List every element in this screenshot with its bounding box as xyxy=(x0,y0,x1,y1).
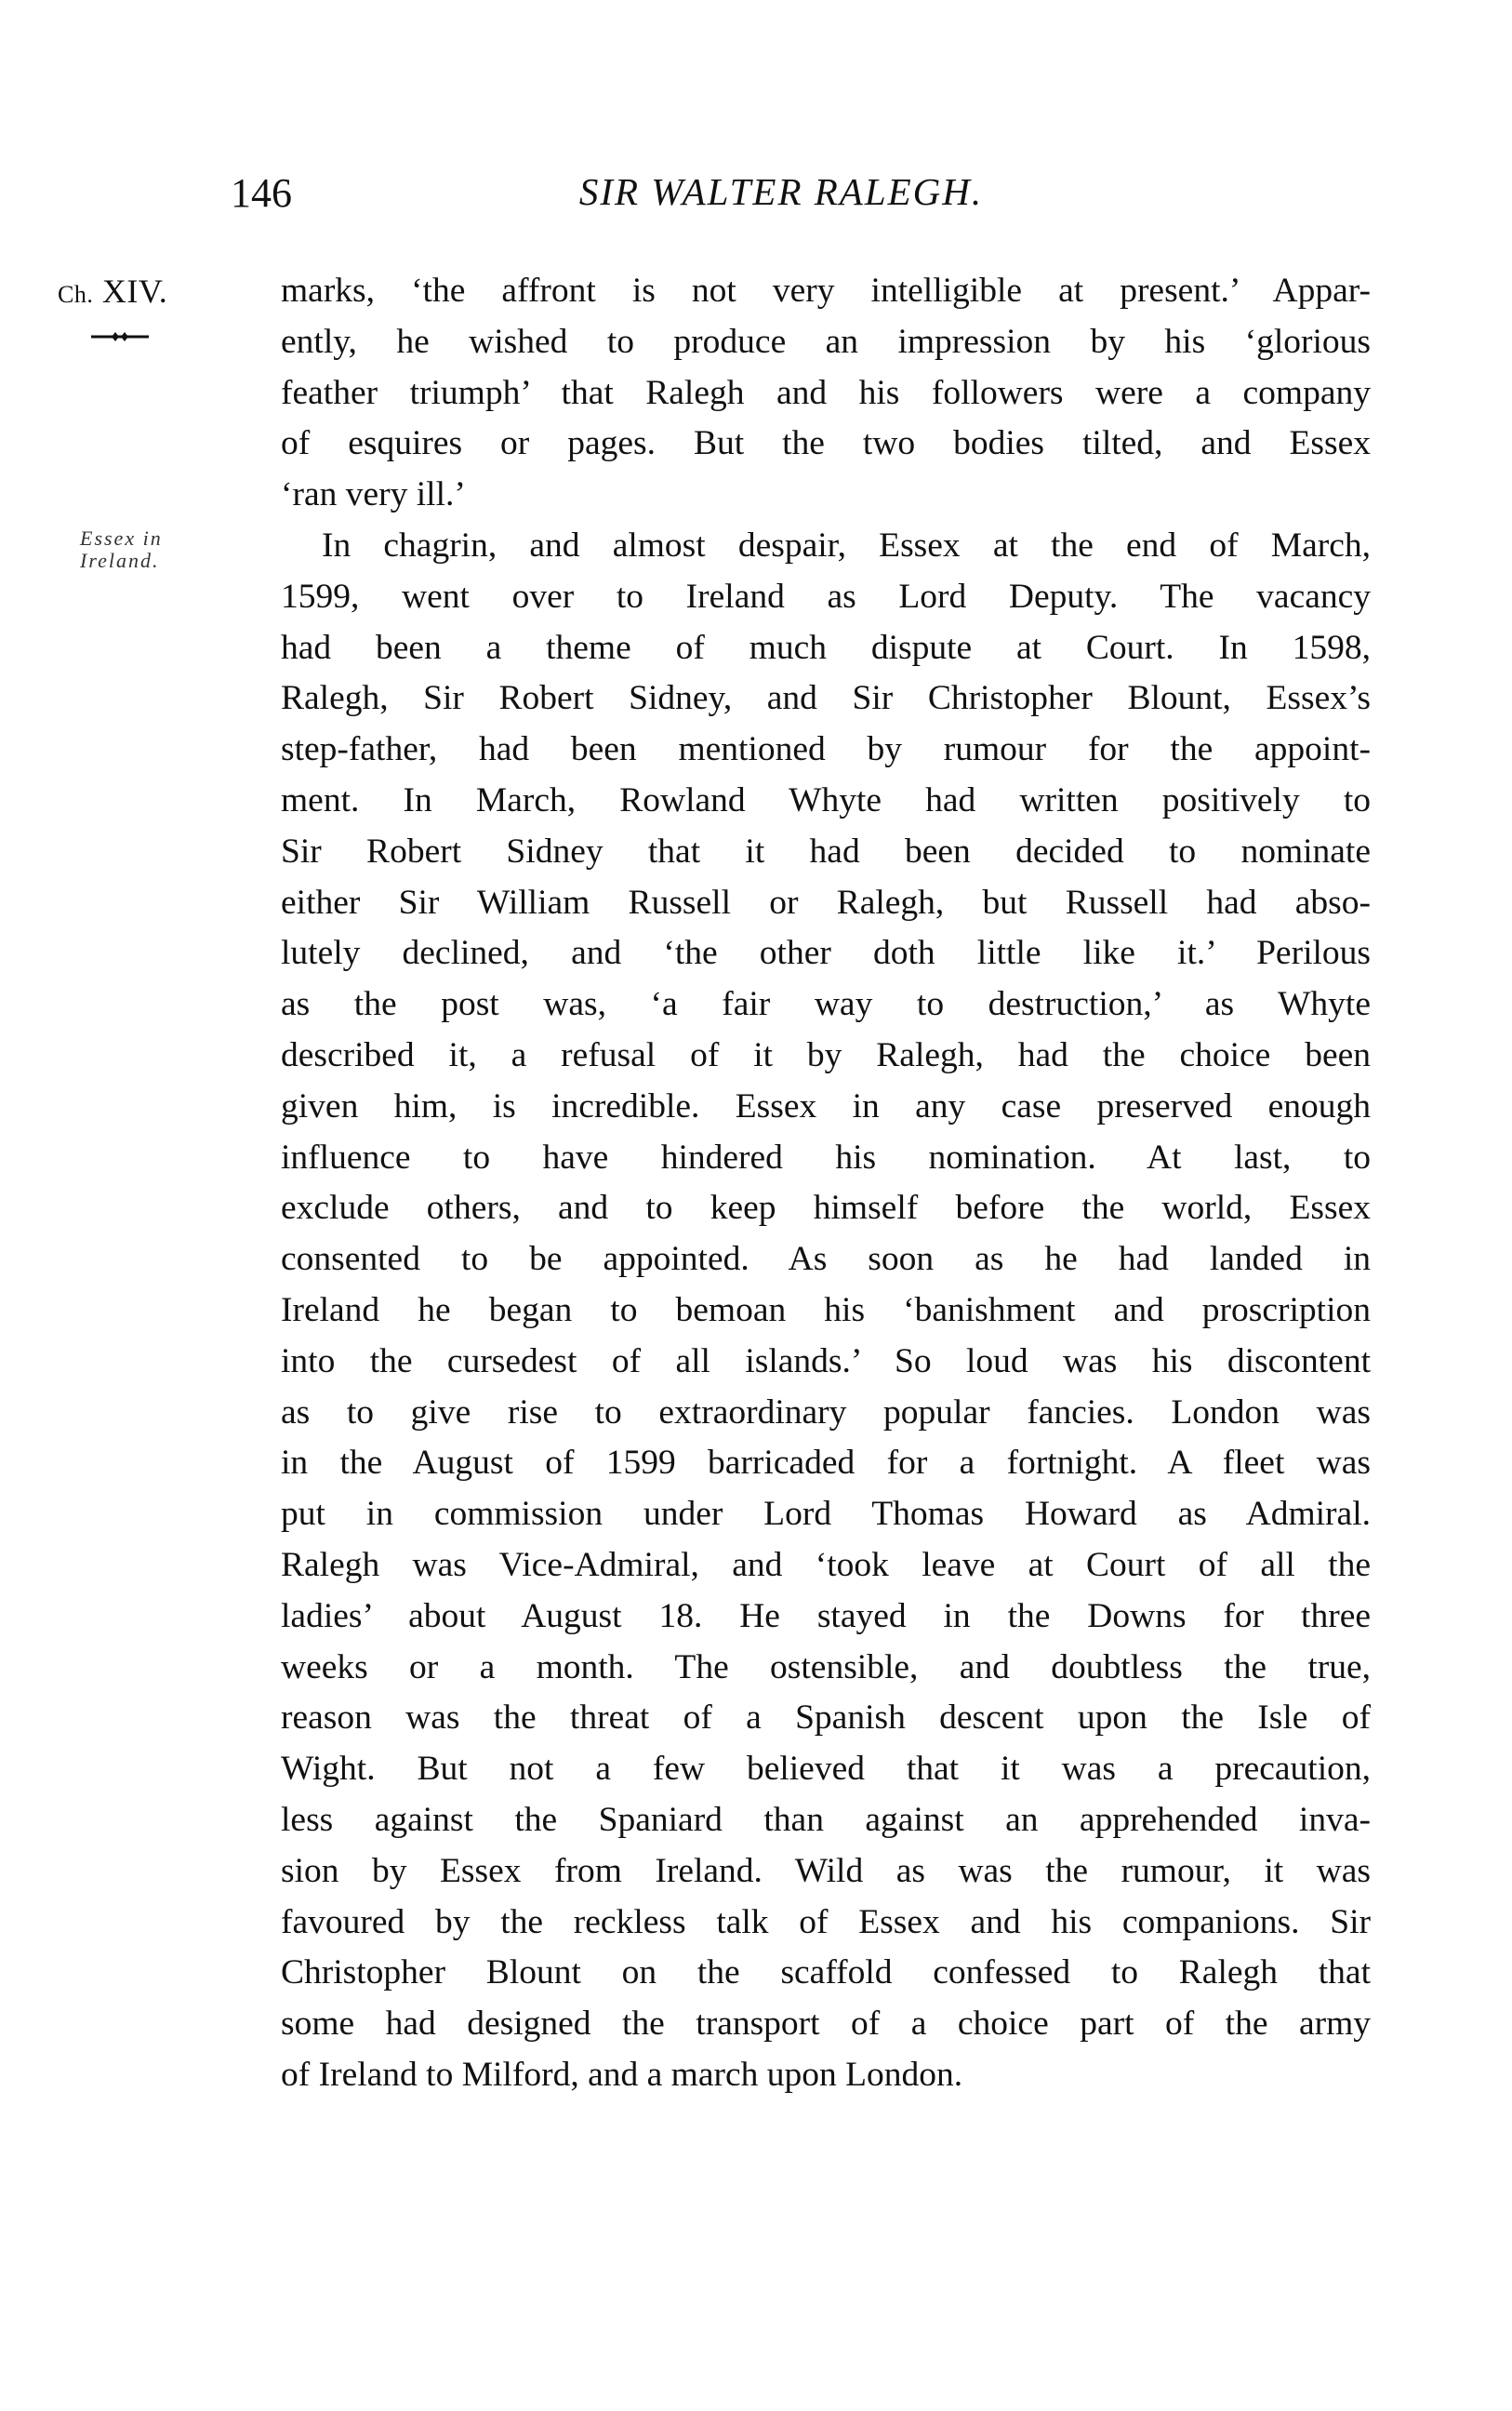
margin-note: Essex in Ireland. xyxy=(80,527,163,572)
text-line: less against the Spaniard than against a… xyxy=(281,1795,1371,1846)
text-line: influence to have hindered his nominatio… xyxy=(281,1133,1371,1184)
text-line: Wight. But not a few believed that it wa… xyxy=(281,1744,1371,1795)
text-line: as the post was, ‘a fair way to destruct… xyxy=(281,979,1371,1031)
chapter-number: XIV. xyxy=(102,273,167,310)
text-line: Christopher Blount on the scaffold confe… xyxy=(281,1948,1371,1999)
text-line: consented to be appointed. As soon as he… xyxy=(281,1234,1371,1285)
text-line: Ireland he began to bemoan his ‘banishme… xyxy=(281,1285,1371,1337)
chapter-marker: Ch. XIV. xyxy=(58,266,167,320)
text-line: described it, a refusal of it by Ralegh,… xyxy=(281,1031,1371,1082)
text-line: weeks or a month. The ostensible, and do… xyxy=(281,1643,1371,1694)
text-line: of Ireland to Milford, and a march upon … xyxy=(281,2050,1371,2101)
text-line: of esquires or pages. But the two bodies… xyxy=(281,419,1371,470)
text-line: Ralegh was Vice-Admiral, and ‘took leave… xyxy=(281,1540,1371,1592)
text-line: ‘ran very ill.’ xyxy=(281,470,1371,521)
text-line: into the cursedest of all islands.’ So l… xyxy=(281,1337,1371,1388)
running-header: 146 SIR WALTER RALEGH. xyxy=(0,169,1512,225)
text-line: put in commission under Lord Thomas Howa… xyxy=(281,1489,1371,1540)
text-line: In chagrin, and almost despair, Essex at… xyxy=(281,521,1371,572)
text-line: sion by Essex from Ireland. Wild as was … xyxy=(281,1846,1371,1898)
text-line: feather triumph’ that Ralegh and his fol… xyxy=(281,368,1371,420)
text-line: Ralegh, Sir Robert Sidney, and Sir Chris… xyxy=(281,673,1371,725)
text-line: ently, he wished to produce an impressio… xyxy=(281,317,1371,368)
text-line: given him, is incredible. Essex in any c… xyxy=(281,1082,1371,1133)
text-line: reason was the threat of a Spanish desce… xyxy=(281,1693,1371,1744)
text-line: some had designed the transport of a cho… xyxy=(281,1999,1371,2050)
text-line: marks, ‘the affront is not very intellig… xyxy=(281,266,1371,317)
ornament-dash-icon xyxy=(91,327,149,346)
body-text: marks, ‘the affront is not very intellig… xyxy=(281,266,1371,2101)
text-line: 1599, went over to Ireland as Lord Deput… xyxy=(281,572,1371,623)
text-line: ment. In March, Rowland Whyte had writte… xyxy=(281,776,1371,827)
text-line: Sir Robert Sidney that it had been decid… xyxy=(281,827,1371,878)
margin-note-line: Essex in xyxy=(80,527,163,550)
text-line: step-father, had been mentioned by rumou… xyxy=(281,725,1371,776)
page-number: 146 xyxy=(231,169,292,217)
text-line: in the August of 1599 barricaded for a f… xyxy=(281,1438,1371,1489)
text-line: favoured by the reckless talk of Essex a… xyxy=(281,1898,1371,1949)
margin-note-line: Ireland. xyxy=(80,550,163,572)
text-line: ladies’ about August 18. He stayed in th… xyxy=(281,1592,1371,1643)
text-line: lutely declined, and ‘the other doth lit… xyxy=(281,928,1371,979)
text-line: had been a theme of much dispute at Cour… xyxy=(281,623,1371,674)
text-line: either Sir William Russell or Ralegh, bu… xyxy=(281,878,1371,929)
text-line: as to give rise to extraordinary popular… xyxy=(281,1388,1371,1439)
text-line: exclude others, and to keep himself befo… xyxy=(281,1183,1371,1234)
running-title: SIR WALTER RALEGH. xyxy=(502,169,1060,214)
chapter-prefix: Ch. xyxy=(58,281,93,308)
